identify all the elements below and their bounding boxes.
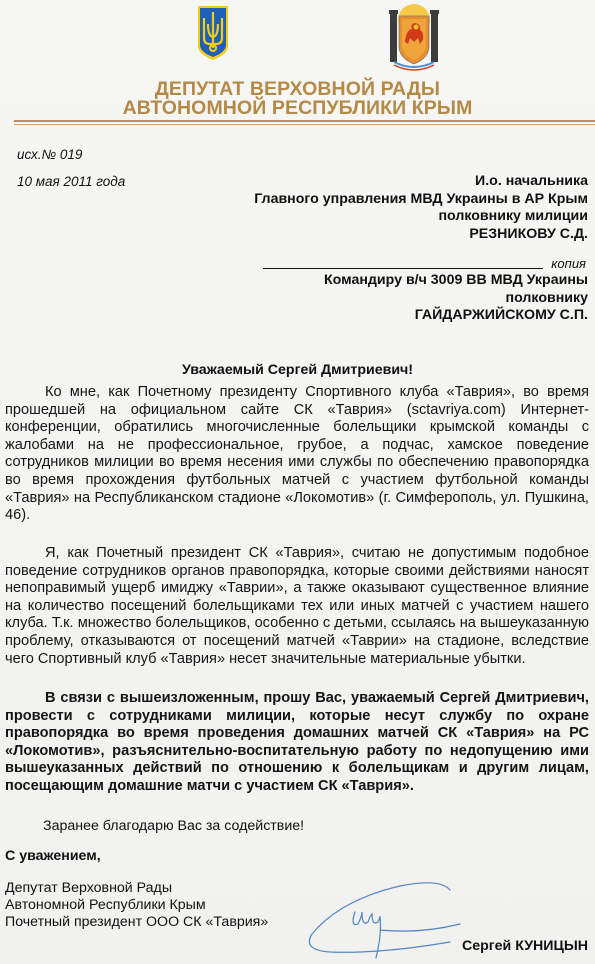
- copy-recipient-block: Командиру в/ч 3009 ВВ МВД Украины полков…: [324, 272, 588, 325]
- copy-line2: полковнику: [324, 290, 588, 308]
- letter-date: 10 мая 2011 года: [17, 174, 125, 189]
- letterhead-divider: [14, 120, 595, 122]
- copy-line1: Командиру в/ч 3009 ВВ МВД Украины: [324, 272, 588, 290]
- recipient-line4: РЕЗНИКОВУ С.Д.: [254, 226, 588, 244]
- signer-title-line3: Почетный президент ООО СК «Таврия»: [5, 914, 268, 931]
- letter-page: ДЕПУТАТ ВЕРХОВНОЙ РАДЫ АВТОНОМНОЙ РЕСПУБ…: [0, 0, 595, 964]
- copy-line3: ГАЙДАРЖИЙСКОМУ С.П.: [324, 307, 588, 325]
- closing-thanks: Заранее благодарю Вас за содействие!: [43, 818, 304, 834]
- outgoing-number: исх.№ 019: [17, 147, 82, 162]
- copy-label: копия: [551, 256, 586, 271]
- body-paragraph-2: Я, как Почетный президент СК «Таврия», с…: [5, 545, 589, 668]
- letterhead-title-line1: ДЕПУТАТ ВЕРХОВНОЙ РАДЫ: [0, 79, 595, 99]
- copy-underline: [263, 268, 543, 269]
- ukraine-trident-icon: [196, 4, 230, 62]
- recipient-line1: И.о. начальника: [254, 173, 588, 191]
- signer-name: Сергей КУНИЦЫН: [462, 938, 588, 954]
- salutation: Уважаемый Сергей Дмитриевич!: [0, 362, 595, 378]
- handwritten-signature-icon: [300, 872, 470, 964]
- closing-regards: С уважением,: [5, 848, 101, 864]
- body-paragraph-3-request: В связи с вышеизложенным, прошу Вас, ува…: [5, 690, 589, 796]
- letterhead-divider-thin: [14, 124, 595, 125]
- recipient-line3: полковнику милиции: [254, 208, 588, 226]
- signer-title-line2: Автономной Республики Крым: [5, 897, 206, 914]
- letterhead-title-line2: АВТОНОМНОЙ РЕСПУБЛИКИ КРЫМ: [0, 98, 595, 118]
- body-paragraph-1: Ко мне, как Почетному президенту Спортив…: [5, 384, 589, 525]
- crimea-coat-of-arms-icon: [388, 2, 440, 72]
- recipient-line2: Главного управления МВД Украины в АР Кры…: [254, 191, 588, 209]
- signer-title-line1: Депутат Верховной Рады: [5, 880, 172, 897]
- recipient-block: И.о. начальника Главного управления МВД …: [254, 173, 588, 243]
